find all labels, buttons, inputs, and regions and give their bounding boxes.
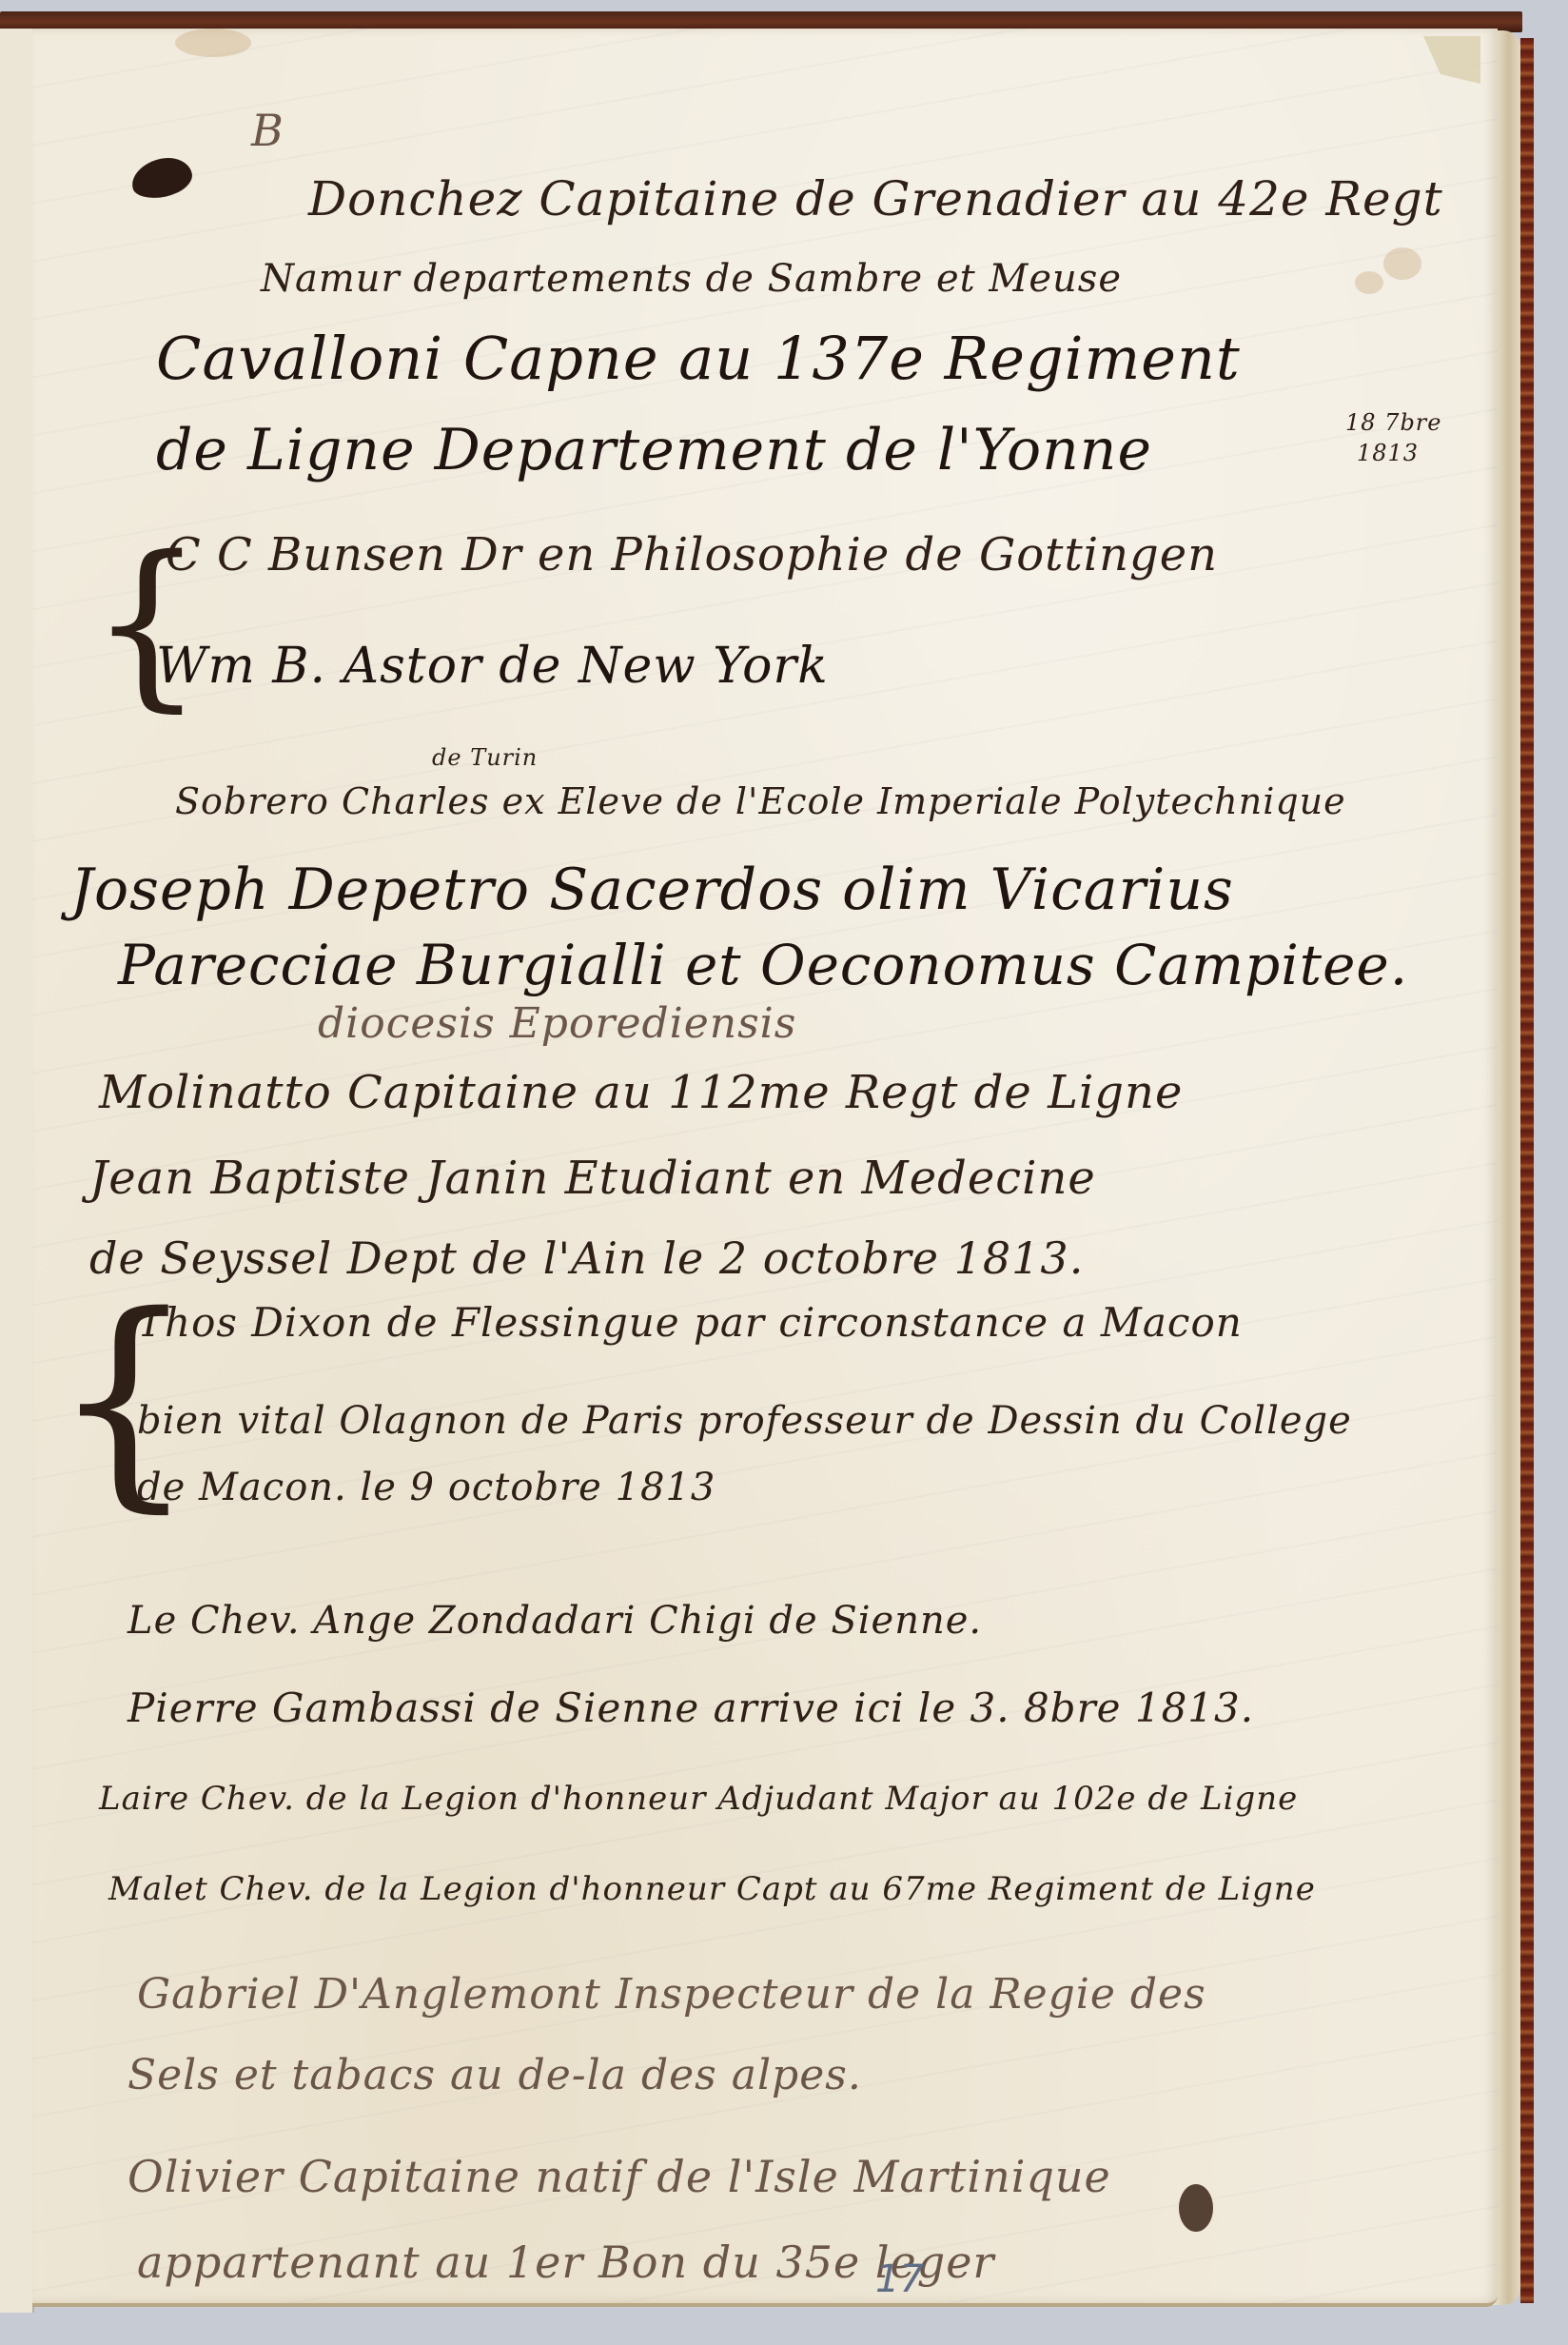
entry-7: Sobrero Charles ex Eleve de l'Ecole Impe… bbox=[175, 780, 1346, 822]
stain-mark bbox=[1355, 271, 1383, 294]
entry-1: Donchez Capitaine de Grenadier au 42e Re… bbox=[308, 171, 1443, 227]
register-page: B Donchez Capitaine de Grenadier au 42e … bbox=[32, 29, 1498, 2307]
manuscript-scan: B Donchez Capitaine de Grenadier au 42e … bbox=[0, 0, 1568, 2345]
entry-9: Parecciae Burgialli et Oeconomus Campite… bbox=[118, 933, 1408, 997]
entry-14: Thos Dixon de Flessingue par circonstanc… bbox=[137, 1299, 1243, 1346]
entry-21: Gabriel D'Anglemont Inspecteur de la Reg… bbox=[137, 1970, 1206, 2019]
entry-20: Malet Chev. de la Legion d'honneur Capt … bbox=[108, 1870, 1316, 1908]
entry-15: bien vital Olagnon de Paris professeur d… bbox=[137, 1399, 1352, 1443]
entry-6: Wm B. Astor de New York bbox=[156, 638, 829, 695]
entry-3: Cavalloni Capne au 137e Regiment bbox=[156, 324, 1241, 393]
entry-prefix-letter: B bbox=[251, 105, 284, 156]
entry-7-superscript: de Turin bbox=[432, 744, 538, 771]
ink-blot bbox=[128, 153, 196, 203]
entry-18: Pierre Gambassi de Sienne arrive ici le … bbox=[127, 1685, 1254, 1731]
facing-page-sliver bbox=[0, 29, 34, 2313]
ink-blot bbox=[1179, 2184, 1213, 2232]
entry-4: de Ligne Departement de l'Yonne bbox=[156, 417, 1152, 483]
entry-17: Le Chev. Ange Zondadari Chigi de Sienne. bbox=[127, 1599, 982, 1643]
entry-13: de Seyssel Dept de l'Ain le 2 octobre 18… bbox=[89, 1232, 1084, 1284]
margin-date-year: 1813 bbox=[1357, 440, 1419, 466]
entry-5: C C Bunsen Dr en Philosophie de Gottinge… bbox=[166, 528, 1218, 581]
book-spine-edge bbox=[1520, 38, 1534, 2303]
folded-corner bbox=[1423, 36, 1480, 84]
entry-10: diocesis Eporediensis bbox=[318, 999, 796, 1048]
entry-11: Molinatto Capitaine au 112me Regt de Lig… bbox=[99, 1066, 1183, 1119]
entry-16: de Macon. le 9 octobre 1813 bbox=[137, 1466, 715, 1509]
stain-mark bbox=[1383, 247, 1421, 280]
page-number: 17 bbox=[875, 2257, 924, 2301]
entry-19: Laire Chev. de la Legion d'honneur Adjud… bbox=[99, 1780, 1298, 1818]
entry-2: Namur departements de Sambre et Meuse bbox=[261, 257, 1122, 301]
entry-23: Olivier Capitaine natif de l'Isle Martin… bbox=[127, 2151, 1111, 2202]
entry-8: Joseph Depetro Sacerdos olim Vicarius bbox=[70, 857, 1234, 923]
margin-date-day-month: 18 7bre bbox=[1345, 409, 1441, 436]
entry-24: appartenant au 1er Bon du 35e leger bbox=[137, 2237, 994, 2288]
entry-12: Jean Baptiste Janin Etudiant en Medecine bbox=[89, 1152, 1096, 1205]
entry-22: Sels et tabacs au de-la des alpes. bbox=[127, 2051, 862, 2099]
stain-mark bbox=[175, 29, 251, 57]
